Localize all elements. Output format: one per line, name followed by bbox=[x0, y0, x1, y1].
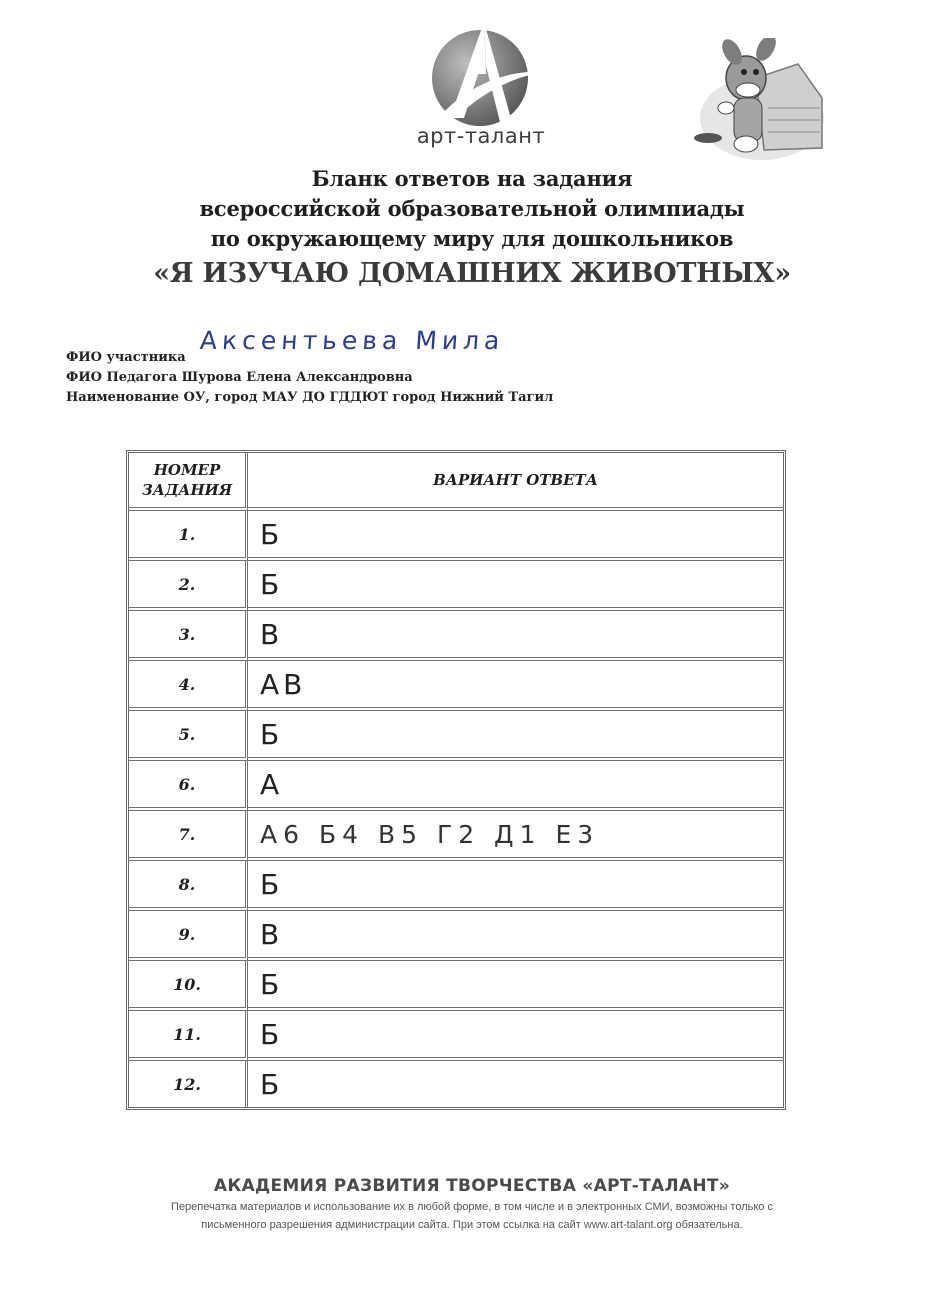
task-number: 8. bbox=[129, 861, 248, 911]
table-row: 3.В bbox=[129, 611, 783, 661]
document-title: Бланк ответов на задания всероссийской о… bbox=[100, 164, 844, 292]
task-number: 9. bbox=[129, 911, 248, 961]
footer-note-line2: письменного разрешения администрации сай… bbox=[80, 1218, 864, 1232]
header-answer-variant: ВАРИАНТ ОТВЕТА bbox=[248, 453, 783, 511]
table-row: 10.Б bbox=[129, 961, 783, 1011]
answer-cell: Б bbox=[248, 711, 783, 761]
task-number: 6. bbox=[129, 761, 248, 811]
title-line-3: по окружающему миру для дошкольников bbox=[100, 224, 844, 254]
footer-note-line1: Перепечатка материалов и использование и… bbox=[80, 1200, 864, 1214]
footer-title: АКАДЕМИЯ РАЗВИТИЯ ТВОРЧЕСТВА «АРТ-ТАЛАНТ… bbox=[80, 1176, 864, 1196]
organization-line: Наименование ОУ, город МАУ ДО ГДДЮТ горо… bbox=[66, 388, 686, 408]
answer-table: НОМЕР ЗАДАНИЯ ВАРИАНТ ОТВЕТА 1.Б 2.Б 3.В… bbox=[126, 450, 786, 1110]
header-number-line1: НОМЕР bbox=[129, 460, 245, 480]
art-talant-logo-icon bbox=[412, 22, 548, 128]
task-number: 10. bbox=[129, 961, 248, 1011]
answer-cell: В bbox=[248, 911, 783, 961]
header-number-line2: ЗАДАНИЯ bbox=[129, 480, 245, 500]
table-header-row: НОМЕР ЗАДАНИЯ ВАРИАНТ ОТВЕТА bbox=[129, 453, 783, 511]
table-row: 4.АВ bbox=[129, 661, 783, 711]
table-row: 7.А6 Б4 В5 Г2 Д1 Е3 bbox=[129, 811, 783, 861]
teacher-line: ФИО Педагога Шурова Елена Александровна bbox=[66, 368, 686, 388]
task-number: 11. bbox=[129, 1011, 248, 1061]
participant-info: ФИО участника ФИО Педагога Шурова Елена … bbox=[66, 348, 686, 408]
table-row: 2.Б bbox=[129, 561, 783, 611]
table-row: 1.Б bbox=[129, 511, 783, 561]
answer-cell: Б bbox=[248, 1011, 783, 1061]
task-number: 1. bbox=[129, 511, 248, 561]
answer-cell: Б bbox=[248, 561, 783, 611]
answer-cell: А6 Б4 В5 Г2 Д1 Е3 bbox=[248, 811, 783, 861]
table-row: 6.А bbox=[129, 761, 783, 811]
answer-cell: АВ bbox=[248, 661, 783, 711]
answer-cell: В bbox=[248, 611, 783, 661]
answer-cell: Б bbox=[248, 861, 783, 911]
title-line-2: всероссийской образовательной олимпиады bbox=[100, 194, 844, 224]
task-number: 5. bbox=[129, 711, 248, 761]
participant-label: ФИО участника bbox=[66, 348, 686, 368]
table-row: 8.Б bbox=[129, 861, 783, 911]
header-task-number: НОМЕР ЗАДАНИЯ bbox=[129, 453, 248, 511]
answer-cell: Б bbox=[248, 961, 783, 1011]
task-number: 7. bbox=[129, 811, 248, 861]
answer-cell: Б bbox=[248, 511, 783, 561]
table-row: 12.Б bbox=[129, 1061, 783, 1107]
answer-cell: А bbox=[248, 761, 783, 811]
logo-text: арт-талант bbox=[340, 124, 622, 148]
task-number: 2. bbox=[129, 561, 248, 611]
task-number: 3. bbox=[129, 611, 248, 661]
title-line-1: Бланк ответов на задания bbox=[100, 164, 844, 194]
olympiad-name: «Я ИЗУЧАЮ ДОМАШНИХ ЖИВОТНЫХ» bbox=[100, 256, 844, 292]
footer: АКАДЕМИЯ РАЗВИТИЯ ТВОРЧЕСТВА «АРТ-ТАЛАНТ… bbox=[80, 1176, 864, 1232]
dog-in-doghouse-illustration bbox=[686, 38, 826, 166]
table-row: 5.Б bbox=[129, 711, 783, 761]
answer-cell: Б bbox=[248, 1061, 783, 1107]
task-number: 4. bbox=[129, 661, 248, 711]
table-row: 11.Б bbox=[129, 1011, 783, 1061]
task-number: 12. bbox=[129, 1061, 248, 1107]
table-row: 9.В bbox=[129, 911, 783, 961]
